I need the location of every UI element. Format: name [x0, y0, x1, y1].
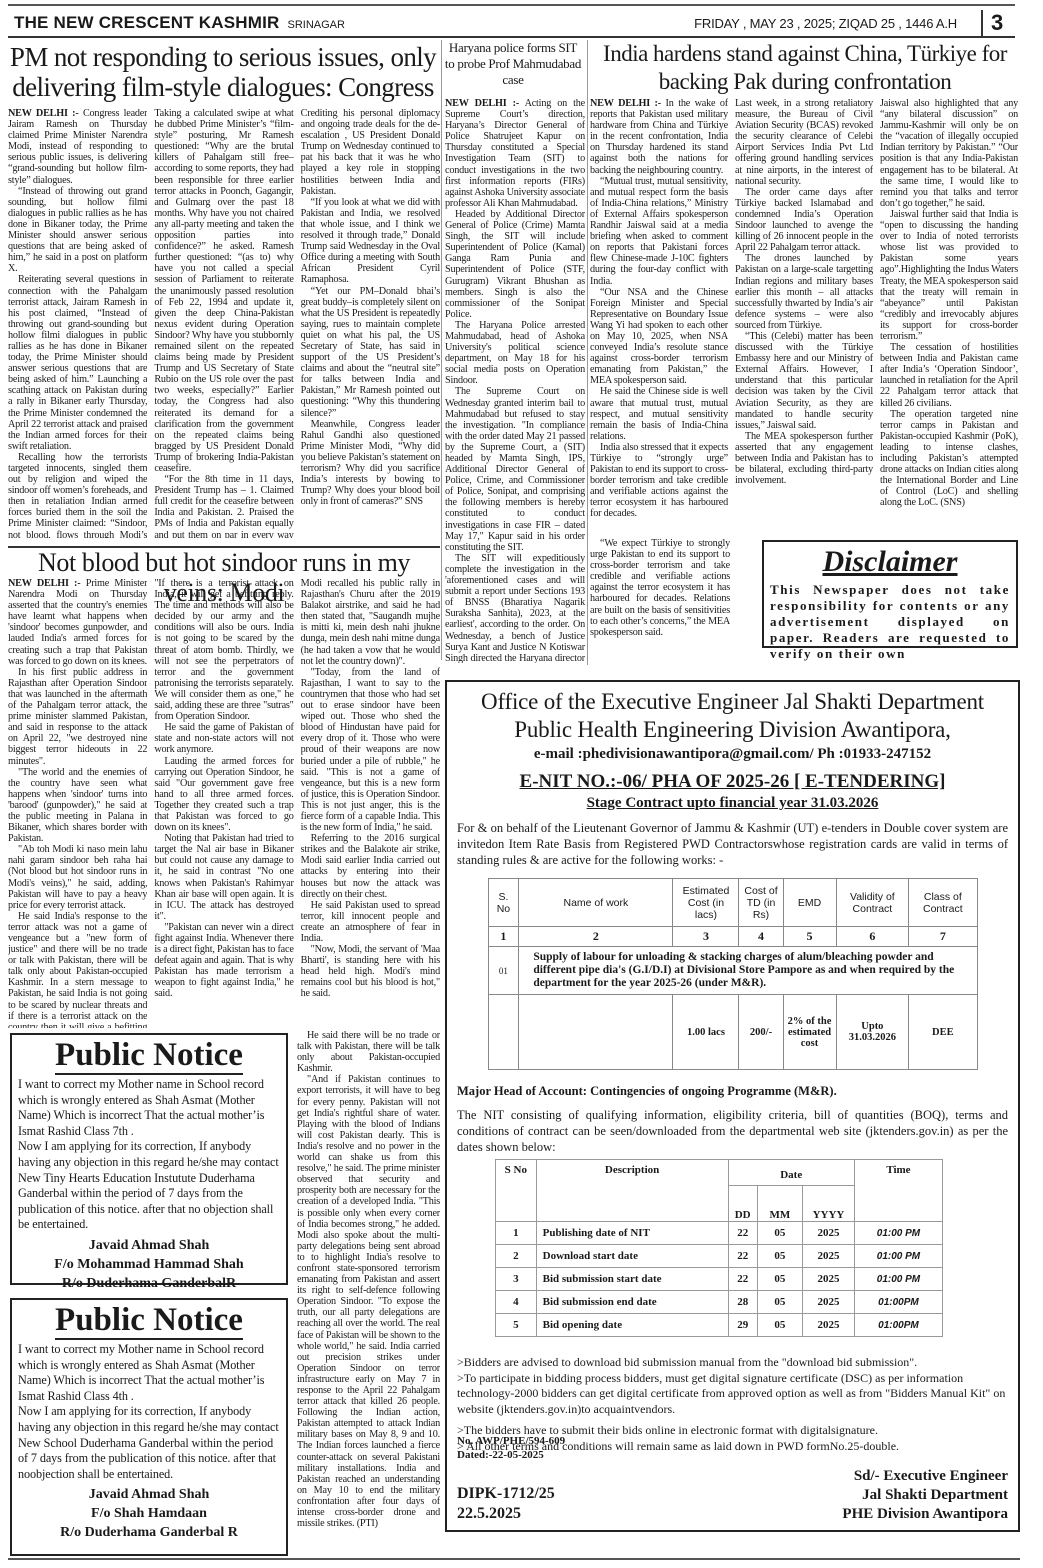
article-china-turkiye-body: NEW DELHI :- In the wake of reports that…	[590, 98, 1018, 538]
works-table: S. No Name of work Estimated Cost (in la…	[488, 878, 978, 1070]
paragraph: Jaiswal also highlighted that any “any b…	[880, 98, 1018, 209]
contract-class: DEE	[909, 995, 977, 1070]
article-sit-body: NEW DELHI :- Acting on the Supreme Court…	[445, 98, 585, 663]
dipk-number: DIPK-1712/25	[457, 1484, 555, 1504]
tender-stage: Stage Contract upto financial year 31.03…	[457, 795, 1008, 812]
paragraph: "The world and the enemies of the countr…	[8, 767, 147, 845]
works-header: EMD	[783, 879, 836, 927]
article-china-turkiye-continued: “We expect Türkiye to strongly urge Paki…	[590, 538, 730, 663]
paragraph: Taking a calculated swipe at what he dub…	[154, 108, 293, 474]
disclaimer-body: This Newspaper does not take responsibil…	[770, 582, 1010, 662]
dateline: NEW DELHI :-	[8, 578, 80, 589]
estimated-cost: 1.00 lacs	[673, 995, 739, 1070]
article-column: Modi recalled his public rally in Rajast…	[301, 578, 440, 1028]
paragraph: The cessation of hostilities between Ind…	[880, 342, 1018, 409]
paragraph: "Pakistan can never win a direct fight a…	[154, 922, 293, 1000]
paragraph: India also stressed that it expects Türk…	[590, 442, 728, 520]
paragraph: “Instead of throwing out grand sounding,…	[8, 186, 147, 275]
paragraph: The Haryana Police arrested Mahmudabad, …	[445, 320, 585, 387]
works-header: Class of Contract	[909, 879, 977, 927]
table-row: 5 Bid opening date 29 05 2025 01:00PM	[496, 1314, 943, 1337]
page-number: 3	[981, 10, 1015, 36]
paragraph: "And if Pakistan continues to export ter…	[297, 1074, 440, 1529]
tender-contact: e-mail :phedivisionawantipora@gmail.com/…	[457, 746, 1008, 763]
paragraph: “For the 8th time in 11 days, President …	[154, 474, 293, 538]
reference-date: Dated:-22-05-2025	[457, 1448, 1008, 1462]
paragraph: In the wake of reports that Pakistan use…	[590, 98, 728, 176]
paragraph: In his first public address in Rajasthan…	[8, 667, 147, 767]
paragraph: "Ab toh Modi ki naso mein lahu nahi gara…	[8, 844, 147, 911]
article-column: Taking a calculated swipe at what he dub…	[154, 108, 293, 538]
paragraph: Recalling how the terrorists targeted in…	[8, 452, 147, 538]
notice-body: Now I am applying for its correction, If…	[18, 1139, 280, 1233]
article-column: NEW DELHI :- In the wake of reports that…	[590, 98, 728, 538]
notice-signature: Javaid Ahmad Shah F/o Mohammad Hammad Sh…	[18, 1236, 280, 1293]
paragraph: Lauding the armed forces for carrying ou…	[154, 756, 293, 834]
column-divider	[587, 40, 588, 665]
paragraph: He said Pakistan used to spread terror, …	[301, 900, 440, 944]
tender-intro: For & on behalf of the Lieutenant Govern…	[457, 820, 1008, 868]
tender-enit-number: E-NIT NO.:-06/ PHA OF 2025-26 [ E-TENDER…	[457, 771, 1008, 793]
disclaimer-box: Disclaimer This Newspaper does not take …	[762, 540, 1018, 648]
tender-office-line2: Public Health Engineering Division Awant…	[457, 716, 1008, 744]
table-row: 01 Supply of labour for unloading & stac…	[488, 947, 977, 995]
paragraph: The order came days after Türkiye backed…	[735, 187, 873, 254]
dates-table: S No Description Date Time DD MM YYYY 1 …	[495, 1159, 943, 1337]
tender-office-line1: Office of the Executive Engineer Jal Sha…	[457, 688, 1008, 716]
paragraph: Noting that Pakistan had tried to target…	[154, 833, 293, 922]
article-column: NEW DELHI :- Prime Minister Narendra Mod…	[8, 578, 147, 1028]
paragraph: The operation targeted nine terror camps…	[880, 409, 1018, 509]
paragraph: Referring to the 2016 surgical strikes a…	[301, 833, 440, 900]
article-congress-headline: PM not responding to serious issues, onl…	[8, 42, 438, 102]
notice-title: Public Notice	[55, 1037, 243, 1075]
paragraph: Headed by Additional Director General of…	[445, 209, 585, 320]
reference-number: No. AWP/PHE/594-609	[457, 1434, 1008, 1448]
paragraph: He said the Chinese side is well aware t…	[590, 386, 728, 441]
article-modi-continued: He said there will be no trade or talk w…	[297, 1030, 440, 1535]
article-column: NEW DELHI :- Acting on the Supreme Court…	[445, 98, 585, 663]
notice-body: I want to correct my Mother name in Scho…	[18, 1342, 280, 1404]
paragraph: "Today, from the land of Rajasthan, I wa…	[301, 667, 440, 833]
note: >To participate in bidding process bidde…	[457, 1371, 1008, 1418]
table-row: 4 Bid submission end date 28 05 2025 01:…	[496, 1291, 943, 1314]
article-column: Crediting his personal diplomacy and ong…	[301, 108, 440, 538]
newspaper-name: THE NEW CRESCENT KASHMIR	[14, 13, 279, 33]
public-notice-1: Public Notice I want to correct my Mothe…	[10, 1033, 288, 1285]
paragraph: "If there is a terrorist attack on India…	[154, 578, 293, 722]
notice-title: Public Notice	[55, 1302, 243, 1340]
paragraph: Modi recalled his public rally in Rajast…	[301, 578, 440, 667]
table-row: 1 Publishing date of NIT 22 05 2025 01:0…	[496, 1222, 943, 1245]
paragraph: “If you look at what we did with Pakista…	[301, 197, 440, 286]
article-column: Jaiswal also highlighted that any “any b…	[880, 98, 1018, 538]
article-column: “We expect Türkiye to strongly urge Paki…	[590, 538, 730, 663]
notice-signature: Javaid Ahmad Shah F/o Shah Hamdaan R/o D…	[18, 1485, 280, 1542]
paragraph: Reiterating several questions in connect…	[8, 274, 147, 452]
paragraph: Meanwhile, Congress leader Rahul Gandhi …	[301, 419, 440, 508]
article-column: NEW DELHI :- Congress leader Jairam Rame…	[8, 108, 147, 538]
top-rule	[8, 4, 1015, 6]
dateline: NEW DELHI :-	[590, 98, 661, 109]
paragraph: “Yet our PM–Donald bhai’s great buddy–is…	[301, 286, 440, 419]
newspaper-city: SRINAGAR	[287, 19, 344, 31]
table-row: 1.00 lacs 200/- 2% of the estimated cost…	[488, 995, 977, 1070]
works-header: Estimated Cost (in lacs)	[673, 879, 739, 927]
article-modi-body: NEW DELHI :- Prime Minister Narendra Mod…	[8, 578, 440, 1028]
article-congress-body: NEW DELHI :- Congress leader Jairam Rame…	[8, 108, 440, 538]
dipk-date: 22.5.2025	[457, 1504, 555, 1524]
paragraph: Last week, in a strong retaliatory measu…	[735, 98, 873, 187]
table-row: 3 Bid submission start date 22 05 2025 0…	[496, 1268, 943, 1291]
tender-notice: Office of the Executive Engineer Jal Sha…	[445, 680, 1020, 1532]
paragraph: Prime Minister Narendra Modi on Thursday…	[8, 578, 147, 667]
paragraph: He said there will be no trade or talk w…	[297, 1030, 440, 1074]
paragraph: “Mutual trust, mutual sensitivity, and m…	[590, 176, 728, 287]
works-header: Cost of TD (in Rs)	[739, 879, 783, 927]
cost-td: 200/-	[739, 995, 783, 1070]
works-header: Validity of Contract	[836, 879, 909, 927]
nit-text: The NIT consisting of qualifying informa…	[457, 1107, 1008, 1155]
paragraph: Jaiswal further said that India is “open…	[880, 209, 1018, 342]
paragraph: "Now, Modi, the servant of 'Maa Bharti',…	[301, 944, 440, 999]
paragraph: “We expect Türkiye to strongly urge Paki…	[590, 538, 730, 638]
paragraph: The Supreme Court on Wednesday granted i…	[445, 386, 585, 552]
article-column: "If there is a terrorist attack on India…	[154, 578, 293, 1028]
masthead: THE NEW CRESCENT KASHMIR SRINAGAR FRIDAY…	[8, 10, 1015, 38]
paragraph: The MEA spokesperson further asserted th…	[735, 431, 873, 486]
note: >Bidders are advised to download bid sub…	[457, 1355, 1008, 1371]
dateline: NEW DELHI :-	[445, 98, 519, 109]
paragraph: “This (Celebi) matter has been discussed…	[735, 331, 873, 431]
major-head: Major Head of Account: Contingencies of …	[457, 1084, 1008, 1099]
paragraph: The SIT will expeditiously complete the …	[445, 553, 585, 663]
notice-body: Now I am applying for its correction, If…	[18, 1404, 280, 1482]
paragraph: The drones launched by Pakistan on a lar…	[735, 253, 873, 331]
emd: 2% of the estimated cost	[783, 995, 836, 1070]
signature-block: Sd/- Executive Engineer Jal Shakti Depar…	[842, 1467, 1008, 1524]
paragraph: He said India's response to the terror a…	[8, 911, 147, 1028]
issue-date: FRIDAY , MAY 23 , 2025; ZIQAD 25 , 1446 …	[694, 16, 957, 31]
column-divider	[441, 40, 442, 660]
validity: Upto 31.03.2026	[836, 995, 909, 1070]
work-name: Supply of labour for unloading & stackin…	[519, 947, 977, 995]
article-column: He said there will be no trade or talk w…	[297, 1030, 440, 1535]
paragraph: Congress leader Jairam Ramesh on Thursda…	[8, 108, 147, 186]
article-sit-headline: Haryana police forms SIT to probe Prof M…	[443, 40, 583, 88]
notice-body: I want to correct my Mother name in Scho…	[18, 1077, 280, 1139]
paragraph: Acting on the Supreme Court’s direction,…	[445, 98, 585, 209]
paragraph: Crediting his personal diplomacy and ong…	[301, 108, 440, 197]
dateline: NEW DELHI :-	[8, 108, 79, 119]
table-row: 2 Download start date 22 05 2025 01:00 P…	[496, 1245, 943, 1268]
article-column: Last week, in a strong retaliatory measu…	[735, 98, 873, 538]
disclaimer-title: Disclaimer	[770, 546, 1010, 578]
tender-footer: No. AWP/PHE/594-609 Dated:-22-05-2025 DI…	[457, 1434, 1008, 1524]
bottom-rule	[8, 1558, 1020, 1560]
article-china-turkiye-headline: India hardens stand against China, Türki…	[590, 40, 1020, 96]
paragraph: “Our NSA and the Chinese Foreign Ministe…	[590, 287, 728, 387]
paragraph: He said the game of Pakistan of state an…	[154, 722, 293, 755]
works-header: Name of work	[519, 879, 673, 927]
works-header: S. No	[488, 879, 519, 927]
public-notice-2: Public Notice I want to correct my Mothe…	[10, 1298, 288, 1556]
